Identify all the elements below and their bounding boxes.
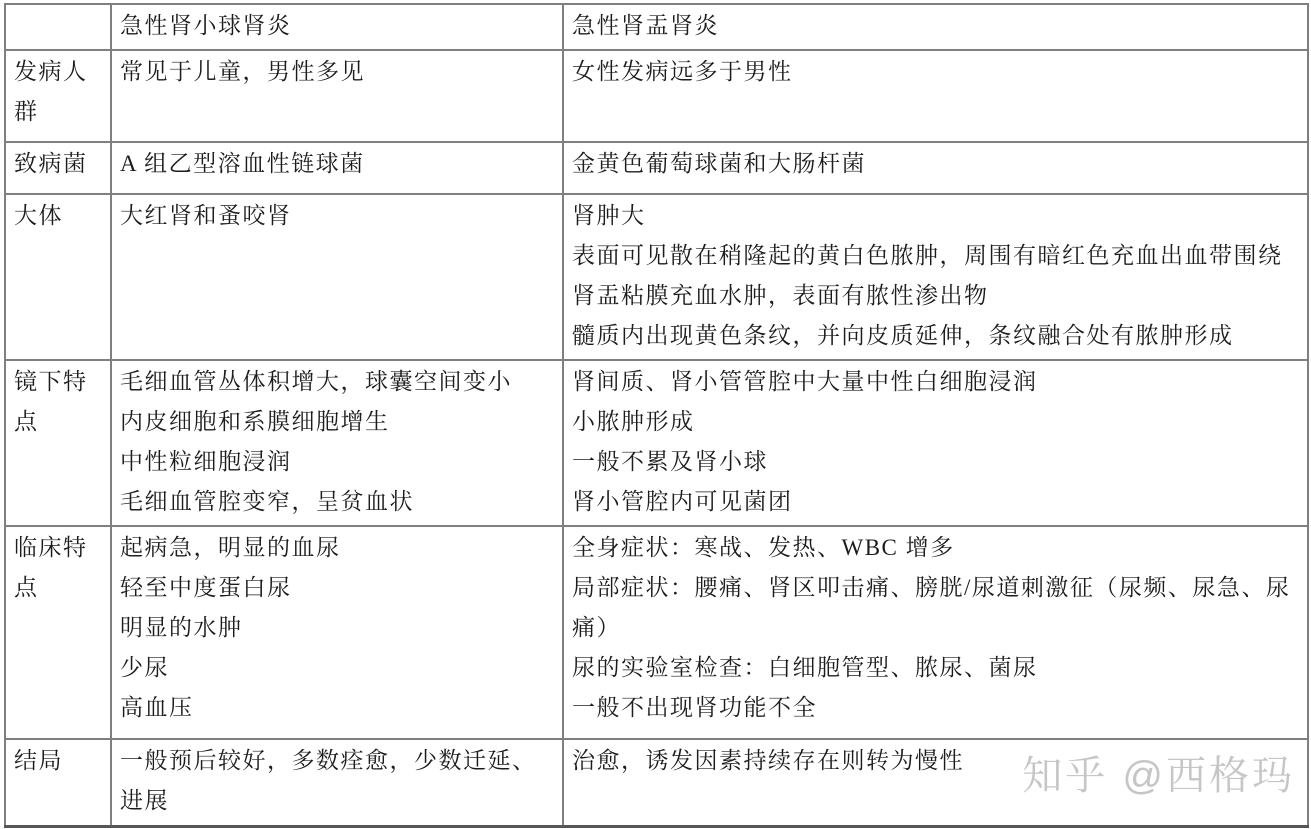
cell-line: 内皮细胞和系膜细胞增生 bbox=[120, 402, 554, 442]
table-row-pathogen: 致病菌 A 组乙型溶血性链球菌 金黄色葡萄球菌和大肠杆菌 bbox=[5, 142, 1308, 194]
page-canvas: 急性肾小球肾炎 急性肾盂肾炎 发病人群 常见于儿童，男性多见 女性发病远多于男性… bbox=[0, 3, 1311, 829]
row-header-outcome: 结局 bbox=[5, 739, 111, 826]
cell-line: 毛细血管丛体积增大，球囊空间变小 bbox=[120, 362, 554, 402]
table-header-row: 急性肾小球肾炎 急性肾盂肾炎 bbox=[5, 4, 1308, 50]
row-header-gross: 大体 bbox=[5, 194, 111, 360]
cell-clinical-glomerulo: 起病急，明显的血尿 轻至中度蛋白尿 明显的水肿 少尿 高血压 bbox=[111, 526, 563, 739]
cell-line: 一般不累及肾小球 bbox=[572, 442, 1299, 482]
cell-line: 全身症状：寒战、发热、WBC 增多 bbox=[572, 528, 1299, 568]
cell-line: 肾间质、肾小管管腔中大量中性白细胞浸润 bbox=[572, 362, 1299, 402]
cell-line: A 组乙型溶血性链球菌 bbox=[120, 144, 554, 184]
cell-line: 金黄色葡萄球菌和大肠杆菌 bbox=[572, 144, 1299, 184]
column-header-label: 急性肾小球肾炎 bbox=[120, 6, 554, 46]
cell-line: 局部症状：腰痛、肾区叩击痛、膀胱/尿道刺激征（尿频、尿急、尿痛） bbox=[572, 568, 1299, 648]
cell-gross-glomerulo: 大红肾和蚤咬肾 bbox=[111, 194, 563, 360]
cell-pathogen-glomerulo: A 组乙型溶血性链球菌 bbox=[111, 142, 563, 194]
column-header-label: 急性肾盂肾炎 bbox=[572, 6, 1299, 46]
cell-line: 肾盂粘膜充血水肿，表面有脓性渗出物 bbox=[572, 276, 1299, 316]
cell-gross-pyelo: 肾肿大 表面可见散在稍隆起的黄白色脓肿，周围有暗红色充血出血带围绕 肾盂粘膜充血… bbox=[563, 194, 1308, 360]
row-header-microscopic: 镜下特点 bbox=[5, 360, 111, 526]
cell-line: 明显的水肿 bbox=[120, 608, 554, 648]
cell-microscopic-pyelo: 肾间质、肾小管管腔中大量中性白细胞浸润 小脓肿形成 一般不累及肾小球 肾小管腔内… bbox=[563, 360, 1308, 526]
cell-clinical-pyelo: 全身症状：寒战、发热、WBC 增多 局部症状：腰痛、肾区叩击痛、膀胱/尿道刺激征… bbox=[563, 526, 1308, 739]
cell-line: 大红肾和蚤咬肾 bbox=[120, 196, 554, 236]
zhihu-watermark: 知乎 @西格玛 bbox=[1022, 744, 1295, 801]
cell-line: 髓质内出现黄色条纹，并向皮质延伸，条纹融合处有脓肿形成 bbox=[572, 316, 1299, 356]
column-header-glomerulonephritis: 急性肾小球肾炎 bbox=[111, 4, 563, 50]
row-header-population: 发病人群 bbox=[5, 50, 111, 142]
table-row-gross: 大体 大红肾和蚤咬肾 肾肿大 表面可见散在稍隆起的黄白色脓肿，周围有暗红色充血出… bbox=[5, 194, 1308, 360]
cell-line: 起病急，明显的血尿 bbox=[120, 528, 554, 568]
cell-line: 高血压 bbox=[120, 688, 554, 728]
cell-line: 肾肿大 bbox=[572, 196, 1299, 236]
cell-line: 轻至中度蛋白尿 bbox=[120, 568, 554, 608]
cell-line: 常见于儿童，男性多见 bbox=[120, 52, 554, 92]
cell-line: 表面可见散在稍隆起的黄白色脓肿，周围有暗红色充血出血带围绕 bbox=[572, 236, 1299, 276]
cell-line: 女性发病远多于男性 bbox=[572, 52, 1299, 92]
cell-line: 中性粒细胞浸润 bbox=[120, 442, 554, 482]
cell-population-pyelo: 女性发病远多于男性 bbox=[563, 50, 1308, 142]
corner-cell bbox=[5, 4, 111, 50]
table-row-microscopic: 镜下特点 毛细血管丛体积增大，球囊空间变小 内皮细胞和系膜细胞增生 中性粒细胞浸… bbox=[5, 360, 1308, 526]
comparison-table: 急性肾小球肾炎 急性肾盂肾炎 发病人群 常见于儿童，男性多见 女性发病远多于男性… bbox=[4, 3, 1309, 828]
row-header-clinical: 临床特点 bbox=[5, 526, 111, 739]
cell-line: 肾小管腔内可见菌团 bbox=[572, 482, 1299, 522]
cell-outcome-glomerulo: 一般预后较好，多数痊愈，少数迁延、进展 bbox=[111, 739, 563, 826]
cell-population-glomerulo: 常见于儿童，男性多见 bbox=[111, 50, 563, 142]
cell-line: 毛细血管腔变窄，呈贫血状 bbox=[120, 482, 554, 522]
row-header-pathogen: 致病菌 bbox=[5, 142, 111, 194]
cell-microscopic-glomerulo: 毛细血管丛体积增大，球囊空间变小 内皮细胞和系膜细胞增生 中性粒细胞浸润 毛细血… bbox=[111, 360, 563, 526]
cell-line: 少尿 bbox=[120, 648, 554, 688]
cell-pathogen-pyelo: 金黄色葡萄球菌和大肠杆菌 bbox=[563, 142, 1308, 194]
cell-line: 尿的实验室检查：白细胞管型、脓尿、菌尿 bbox=[572, 648, 1299, 688]
table-row-population: 发病人群 常见于儿童，男性多见 女性发病远多于男性 bbox=[5, 50, 1308, 142]
column-header-pyelonephritis: 急性肾盂肾炎 bbox=[563, 4, 1308, 50]
cell-line: 一般不出现肾功能不全 bbox=[572, 688, 1299, 728]
cell-line: 一般预后较好，多数痊愈，少数迁延、进展 bbox=[120, 741, 554, 821]
cell-line: 小脓肿形成 bbox=[572, 402, 1299, 442]
table-row-clinical: 临床特点 起病急，明显的血尿 轻至中度蛋白尿 明显的水肿 少尿 高血压 全身症状… bbox=[5, 526, 1308, 739]
